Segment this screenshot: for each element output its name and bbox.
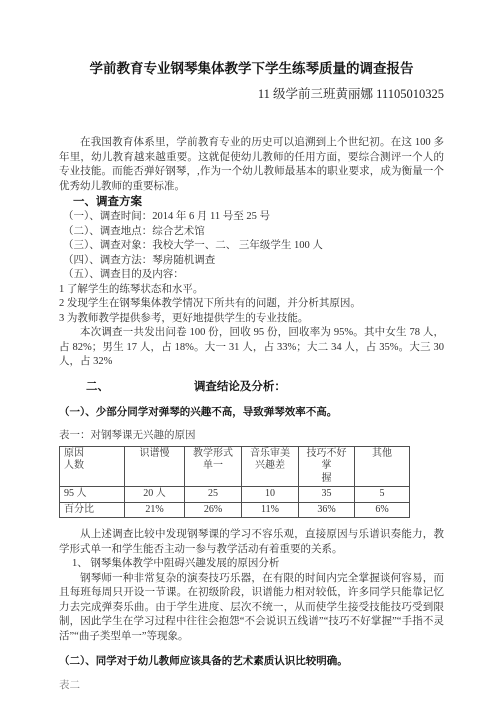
col-header-single-teaching-form: 教学形式 单一 <box>185 446 242 487</box>
table-row: 百分比 21% 26% 11% 36% 6% <box>60 502 410 518</box>
cell-count-3: 10 <box>242 487 299 503</box>
document-page: 学前教育专业钢琴集体教学下学生练琴质量的调查报告 11 级学前三班黄丽娜 111… <box>0 0 500 707</box>
col-header-other: 其他 <box>355 446 410 487</box>
row-count-label: 95 人 <box>60 487 125 503</box>
row-percent-label: 百分比 <box>60 502 125 518</box>
survey-subjects-item: （三）、调查对象：我校大学一、二、 三年级学生 100 人 <box>59 239 444 254</box>
col-header-reason-count: 原因 人数 <box>60 446 125 487</box>
cell-percent-1: 21% <box>125 502 185 518</box>
table2-caption: 表二 <box>59 679 444 694</box>
table-no-interest-reasons: 原因 人数 识谱慢 教学形式 单一 音乐审美 兴趣差 技巧不好掌 握 其他 95… <box>59 446 410 519</box>
purpose-line-3: 3 为教师教学提供参考，更好地提供学生的专业技能。 <box>59 312 444 327</box>
survey-purpose-item: （五）、调查目的及内容： <box>59 268 444 283</box>
finding2-heading: （二）、同学对于幼儿教师应该具备的艺术素质认识比较明确。 <box>59 655 444 670</box>
section2-number: 二、 <box>59 381 109 393</box>
cell-percent-2: 26% <box>185 502 242 518</box>
table-header-row: 原因 人数 识谱慢 教学形式 单一 音乐审美 兴趣差 技巧不好掌 握 其他 <box>60 446 410 487</box>
cell-count-4: 35 <box>299 487 355 503</box>
section2-heading-line: 二、 调查结论及分析： <box>59 379 444 395</box>
response-summary-paragraph: 本次调查一共发出问卷 100 份，回收 95 份，回收率为 95%。其中女生 7… <box>59 326 444 370</box>
point1-heading: 1、 钢琴集体教学中阻碍兴趣发展的原因分析 <box>59 557 444 572</box>
author-line: 11 级学前三班黄丽娜 11105010325 <box>59 87 444 102</box>
cell-count-2: 25 <box>185 487 242 503</box>
section2-heading: 调查结论及分析： <box>194 379 286 395</box>
analysis-paragraph-2: 钢琴师一种非常复杂的演奏技巧乐器，在有限的时间内完全掌握谈何容易，而且每班每周只… <box>59 572 444 645</box>
survey-place-item: （二）、调查地点：综合艺术馆 <box>59 225 444 240</box>
purpose-line-1: 1 了解学生的练琴状态和水平。 <box>59 283 444 298</box>
table1-caption: 表一：对钢琴课无兴趣的原因 <box>59 429 444 444</box>
cell-percent-3: 11% <box>242 502 299 518</box>
cell-percent-4: 36% <box>299 502 355 518</box>
survey-method-item: （四）、调查方法：琴房随机调查 <box>59 254 444 269</box>
purpose-line-2: 2 发现学生在钢琴集体教学情况下所共有的问题，并分析其原因。 <box>59 297 444 312</box>
cell-percent-5: 6% <box>355 502 410 518</box>
col-header-poor-aesthetic-interest: 音乐审美 兴趣差 <box>242 446 299 487</box>
intro-paragraph: 在我国教育体系里，学前教育专业的历史可以追溯到上个世纪初。在这 100 多年里，… <box>59 136 444 194</box>
analysis-paragraph-1: 从上述调查比较中发现钢琴课的学习不容乐观，直接原因与乐谱识奏能力，教学形式单一和… <box>59 528 444 557</box>
col-header-hard-technique: 技巧不好掌 握 <box>299 446 355 487</box>
cell-count-1: 20 人 <box>125 487 185 503</box>
page-title: 学前教育专业钢琴集体教学下学生练琴质量的调查报告 <box>59 61 444 77</box>
col-header-slow-sightreading: 识谱慢 <box>125 446 185 487</box>
section1-heading: 一、调查方案 <box>59 195 444 210</box>
finding1-heading: （一）、少部分同学对弹琴的兴趣不高，导致弹琴效率不高。 <box>59 406 444 421</box>
survey-time-item: （一）、调查时间：2014 年 6 月 11 号至 25 号 <box>59 210 444 225</box>
cell-count-5: 5 <box>355 487 410 503</box>
table-row: 95 人 20 人 25 10 35 5 <box>60 487 410 503</box>
